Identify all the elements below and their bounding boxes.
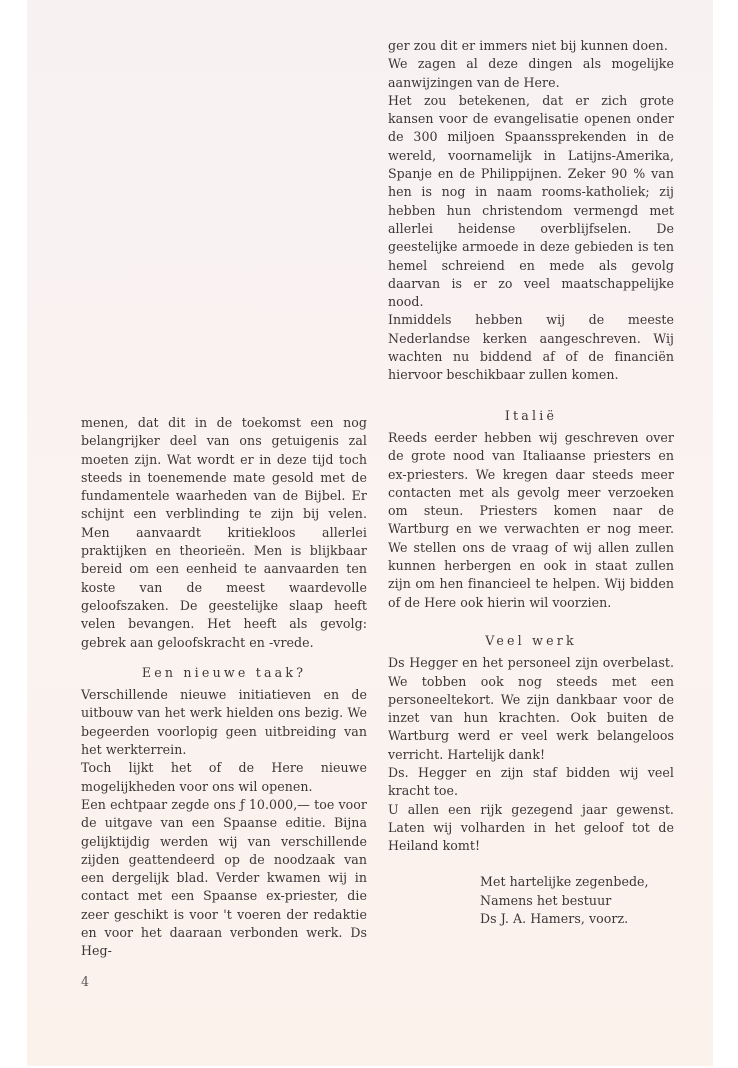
paragraph: We zagen al deze dingen als mogelijke aa…	[388, 55, 674, 92]
paragraph: Het zou betekenen, dat er zich grote kan…	[388, 92, 674, 312]
paragraph: Ds. Hegger en zijn staf bidden wij veel …	[388, 764, 674, 801]
paragraph: Een echtpaar zegde ons ƒ 10.000,— toe vo…	[81, 796, 367, 961]
paragraph: Ds Hegger en het personeel zijn overbela…	[388, 654, 674, 764]
paragraph: U allen een rijk gezegend jaar gewenst. …	[388, 801, 674, 856]
signature-on-behalf: Namens het bestuur	[480, 892, 674, 910]
paragraph: Toch lijkt het of de Here nieuwe mogelij…	[81, 759, 367, 796]
section-heading-italie: Italië	[388, 407, 674, 425]
section-heading-nieuwe-taak: Een nieuwe taak?	[81, 664, 367, 682]
intro-paragraph: menen, dat dit in de toekomst een nog be…	[81, 414, 367, 652]
section-heading-veel-werk: Veel werk	[388, 632, 674, 650]
right-column: ger zou dit er immers niet bij kunnen do…	[388, 37, 674, 928]
paragraph: Verschillende nieuwe initiatieven en de …	[81, 686, 367, 759]
page-number: 4	[81, 974, 89, 989]
signature-closing: Met hartelijke zegenbede,	[480, 873, 674, 891]
left-column: menen, dat dit in de toekomst een nog be…	[81, 414, 367, 961]
signature-name: Ds J. A. Hamers, voorz.	[480, 910, 674, 928]
signature-block: Met hartelijke zegenbede, Namens het bes…	[388, 873, 674, 928]
paragraph: Reeds eerder hebben wij geschreven over …	[388, 429, 674, 612]
paragraph: Inmiddels hebben wij de meeste Nederland…	[388, 311, 674, 384]
paragraph: ger zou dit er immers niet bij kunnen do…	[388, 37, 674, 55]
